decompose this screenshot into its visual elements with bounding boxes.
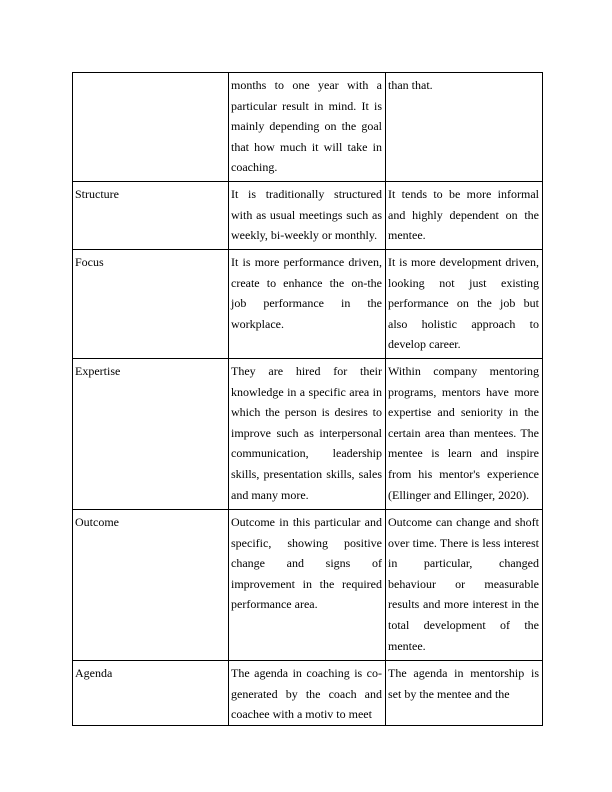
row-label-cell: Agenda bbox=[73, 661, 229, 726]
table-row: Outcome Outcome in this particular and s… bbox=[73, 510, 543, 661]
mentoring-cell: It is more development driven, looking n… bbox=[386, 250, 543, 359]
table-row: Expertise They are hired for their knowl… bbox=[73, 359, 543, 510]
comparison-table: months to one year with a particular res… bbox=[72, 72, 543, 726]
table-row: months to one year with a particular res… bbox=[73, 73, 543, 182]
document-page: months to one year with a particular res… bbox=[0, 0, 612, 792]
table-row: Agenda The agenda in coaching is co-gene… bbox=[73, 661, 543, 726]
row-label-cell: Outcome bbox=[73, 510, 229, 661]
row-label-cell bbox=[73, 73, 229, 182]
table-row: Focus It is more performance driven, cre… bbox=[73, 250, 543, 359]
mentoring-cell: Within company mentoring programs, mento… bbox=[386, 359, 543, 510]
mentoring-cell: Outcome can change and shoft over time. … bbox=[386, 510, 543, 661]
coaching-cell: It is more performance driven, create to… bbox=[229, 250, 386, 359]
row-label-cell: Focus bbox=[73, 250, 229, 359]
coaching-cell: It is traditionally structured with as u… bbox=[229, 182, 386, 250]
mentoring-cell: than that. bbox=[386, 73, 543, 182]
coaching-cell: months to one year with a particular res… bbox=[229, 73, 386, 182]
coaching-cell: They are hired for their knowledge in a … bbox=[229, 359, 386, 510]
coaching-cell: Outcome in this particular and specific,… bbox=[229, 510, 386, 661]
mentoring-cell: The agenda in mentorship is set by the m… bbox=[386, 661, 543, 726]
mentoring-cell: It tends to be more informal and highly … bbox=[386, 182, 543, 250]
table-row: Structure It is traditionally structured… bbox=[73, 182, 543, 250]
coaching-cell: The agenda in coaching is co-generated b… bbox=[229, 661, 386, 726]
row-label-cell: Structure bbox=[73, 182, 229, 250]
row-label-cell: Expertise bbox=[73, 359, 229, 510]
